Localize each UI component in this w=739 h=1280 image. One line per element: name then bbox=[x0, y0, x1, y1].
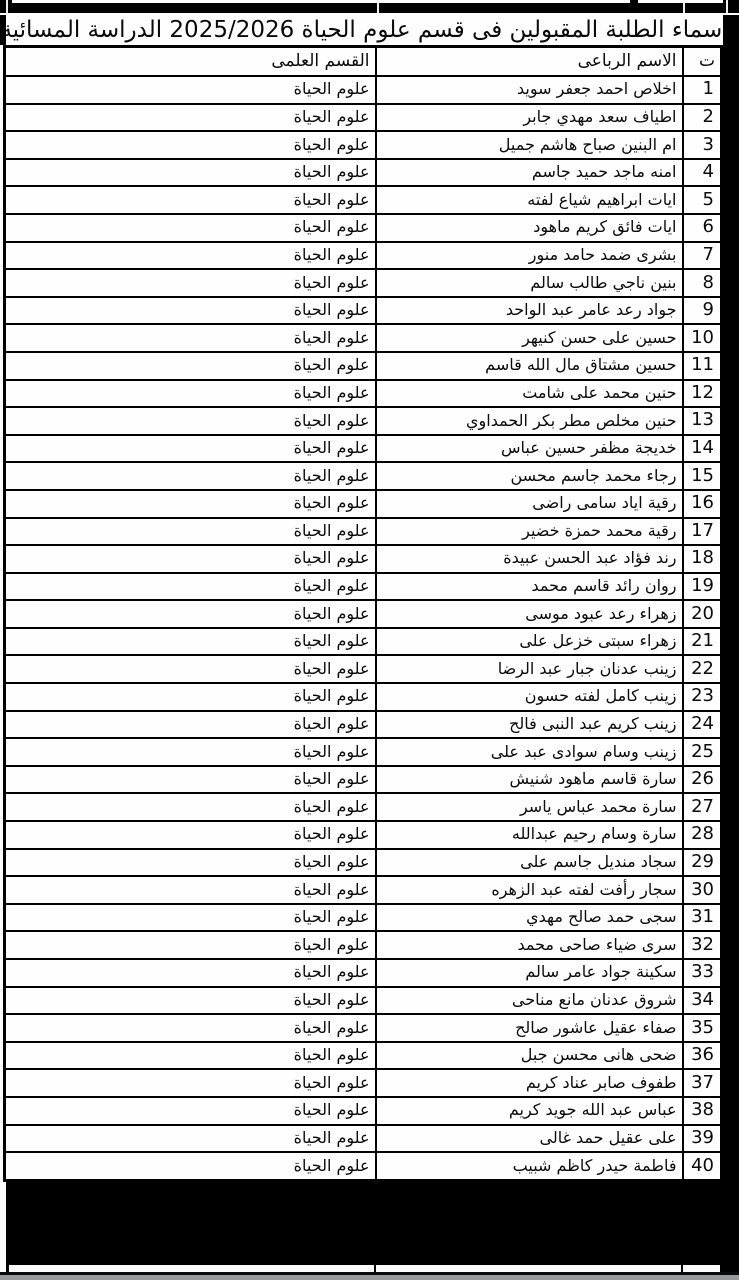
bottom-scrollbar-track[interactable] bbox=[0, 1275, 739, 1280]
row-number-cell: 5 bbox=[683, 186, 722, 214]
table-row: 7بشرى ضمد حامد منورعلوم الحياة bbox=[5, 242, 722, 270]
student-name-cell: زينب وسام سوادى عبد على bbox=[376, 738, 683, 766]
table-row: 22زينب عدنان جبار عبد الرضاعلوم الحياة bbox=[5, 655, 722, 683]
student-name-cell: سارة محمد عباس ياسر bbox=[376, 793, 683, 821]
row-number-cell: 28 bbox=[683, 821, 722, 849]
student-name-cell: ايات فائق كريم ماهود bbox=[376, 214, 683, 242]
column-border bbox=[374, 1265, 376, 1272]
clipped-next-row bbox=[6, 1265, 723, 1272]
student-name-cell: رقية محمد حمزة خضير bbox=[376, 518, 683, 546]
department-cell: علوم الحياة bbox=[5, 1042, 376, 1070]
department-cell: علوم الحياة bbox=[5, 1097, 376, 1125]
student-list-sheet: اسماء الطلبة المقبولين فى قسم علوم الحيا… bbox=[6, 15, 723, 1182]
row-number-cell: 6 bbox=[683, 214, 722, 242]
department-cell: علوم الحياة bbox=[5, 76, 376, 104]
table-row: 21زهراء سبتى خزعل علىعلوم الحياة bbox=[5, 628, 722, 656]
row-number-cell: 27 bbox=[683, 793, 722, 821]
student-name-cell: روان رائد قاسم محمد bbox=[376, 573, 683, 601]
department-cell: علوم الحياة bbox=[5, 959, 376, 987]
row-number-cell: 17 bbox=[683, 518, 722, 546]
department-cell: علوم الحياة bbox=[5, 876, 376, 904]
student-rows: 1اخلاص احمد جعفر سويدعلوم الحياة2اطياف س… bbox=[5, 76, 722, 1180]
department-cell: علوم الحياة bbox=[5, 518, 376, 546]
department-cell: علوم الحياة bbox=[5, 849, 376, 877]
department-cell: علوم الحياة bbox=[5, 655, 376, 683]
table-row: 13حنين مخلص مطر بكر الحمداويعلوم الحياة bbox=[5, 407, 722, 435]
row-number-cell: 2 bbox=[683, 104, 722, 132]
table-row: 15رجاء محمد جاسم محسنعلوم الحياة bbox=[5, 462, 722, 490]
department-cell: علوم الحياة bbox=[5, 573, 376, 601]
table-row: 4امنه ماجد حميد جاسمعلوم الحياة bbox=[5, 159, 722, 187]
department-cell: علوم الحياة bbox=[5, 104, 376, 132]
student-name-cell: صفاء عقيل عاشور صالح bbox=[376, 1014, 683, 1042]
department-cell: علوم الحياة bbox=[5, 1014, 376, 1042]
row-number-cell: 14 bbox=[683, 435, 722, 463]
student-name-cell: رجاء محمد جاسم محسن bbox=[376, 462, 683, 490]
gridline-mark bbox=[377, 0, 379, 13]
row-number-cell: 15 bbox=[683, 462, 722, 490]
row-number-cell: 23 bbox=[683, 683, 722, 711]
department-cell: علوم الحياة bbox=[5, 269, 376, 297]
row-above-sliver bbox=[12, 0, 723, 3]
department-cell: علوم الحياة bbox=[5, 683, 376, 711]
row-number-cell: 32 bbox=[683, 931, 722, 959]
row-number-cell: 38 bbox=[683, 1097, 722, 1125]
student-name-cell: حسين على حسن كنيهر bbox=[376, 324, 683, 352]
row-number-cell: 12 bbox=[683, 380, 722, 408]
gridline-mark bbox=[683, 0, 685, 13]
student-name-cell: حسين مشتاق مال الله قاسم bbox=[376, 352, 683, 380]
table-row: 29سجاد منديل جاسم علىعلوم الحياة bbox=[5, 849, 722, 877]
student-name-cell: طفوف صابر عناد كريم bbox=[376, 1069, 683, 1097]
department-cell: علوم الحياة bbox=[5, 352, 376, 380]
department-cell: علوم الحياة bbox=[5, 931, 376, 959]
student-name-cell: رقية اياد سامى راضى bbox=[376, 490, 683, 518]
row-number-cell: 16 bbox=[683, 490, 722, 518]
table-row: 38عباس عبد الله جويد كريمعلوم الحياة bbox=[5, 1097, 722, 1125]
student-name-cell: ايات ابراهيم شياع لفته bbox=[376, 186, 683, 214]
department-cell: علوم الحياة bbox=[5, 407, 376, 435]
row-number-cell: 25 bbox=[683, 738, 722, 766]
row-number-cell: 9 bbox=[683, 297, 722, 325]
students-table: ت الاسم الرباعى القسم العلمى 1اخلاص احمد… bbox=[3, 45, 723, 1182]
department-cell: علوم الحياة bbox=[5, 435, 376, 463]
table-row: 39على عقيل حمد غالىعلوم الحياة bbox=[5, 1125, 722, 1153]
row-number-cell: 11 bbox=[683, 352, 722, 380]
row-number-cell: 4 bbox=[683, 159, 722, 187]
student-name-cell: حنين مخلص مطر بكر الحمداوي bbox=[376, 407, 683, 435]
student-name-cell: زهراء سبتى خزعل على bbox=[376, 628, 683, 656]
student-name-cell: ام البنين صباح هاشم جميل bbox=[376, 131, 683, 159]
department-cell: علوم الحياة bbox=[5, 159, 376, 187]
table-row: 9جواد رعد عامر عبد الواحدعلوم الحياة bbox=[5, 297, 722, 325]
student-name-cell: زهراء رعد عبود موسى bbox=[376, 600, 683, 628]
student-name-cell: بشرى ضمد حامد منور bbox=[376, 242, 683, 270]
table-row: 5ايات ابراهيم شياع لفتهعلوم الحياة bbox=[5, 186, 722, 214]
table-row: 18رند فؤاد عبد الحسن عبيدةعلوم الحياة bbox=[5, 545, 722, 573]
student-name-cell: اطياف سعد مهدي جابر bbox=[376, 104, 683, 132]
document-title: اسماء الطلبة المقبولين فى قسم علوم الحيا… bbox=[6, 15, 723, 45]
row-number-cell: 20 bbox=[683, 600, 722, 628]
student-name-cell: امنه ماجد حميد جاسم bbox=[376, 159, 683, 187]
table-row: 28سارة وسام رحيم عبداللهعلوم الحياة bbox=[5, 821, 722, 849]
department-cell: علوم الحياة bbox=[5, 545, 376, 573]
table-row: 37طفوف صابر عناد كريمعلوم الحياة bbox=[5, 1069, 722, 1097]
student-name-cell: حنين محمد على شامت bbox=[376, 380, 683, 408]
student-name-cell: شروق عدنان مانع مناحى bbox=[376, 987, 683, 1015]
table-row: 32سرى ضياء صاحى محمدعلوم الحياة bbox=[5, 931, 722, 959]
table-row: 34شروق عدنان مانع مناحىعلوم الحياة bbox=[5, 987, 722, 1015]
header-row: ت الاسم الرباعى القسم العلمى bbox=[5, 47, 722, 77]
table-row: 36ضحى هانى محسن جبلعلوم الحياة bbox=[5, 1042, 722, 1070]
row-number-cell: 18 bbox=[683, 545, 722, 573]
row-number-cell: 40 bbox=[683, 1152, 722, 1180]
student-name-cell: سجار رأفت لفته عبد الزهره bbox=[376, 876, 683, 904]
table-row: 33سكينة جواد عامر سالمعلوم الحياة bbox=[5, 959, 722, 987]
table-row: 17رقية محمد حمزة خضيرعلوم الحياة bbox=[5, 518, 722, 546]
row-number-cell: 21 bbox=[683, 628, 722, 656]
column-header-index: ت bbox=[683, 47, 722, 77]
department-cell: علوم الحياة bbox=[5, 766, 376, 794]
department-cell: علوم الحياة bbox=[5, 214, 376, 242]
department-cell: علوم الحياة bbox=[5, 1069, 376, 1097]
table-row: 19روان رائد قاسم محمدعلوم الحياة bbox=[5, 573, 722, 601]
row-number-cell: 7 bbox=[683, 242, 722, 270]
student-name-cell: عباس عبد الله جويد كريم bbox=[376, 1097, 683, 1125]
table-row: 30سجار رأفت لفته عبد الزهرهعلوم الحياة bbox=[5, 876, 722, 904]
row-number-cell: 26 bbox=[683, 766, 722, 794]
gridline-mark bbox=[726, 0, 728, 13]
row-number-cell: 3 bbox=[683, 131, 722, 159]
row-number-cell: 22 bbox=[683, 655, 722, 683]
student-name-cell: فاطمة حيدر كاظم شبيب bbox=[376, 1152, 683, 1180]
student-name-cell: سجاد منديل جاسم على bbox=[376, 849, 683, 877]
table-row: 27سارة محمد عباس ياسرعلوم الحياة bbox=[5, 793, 722, 821]
gridline-mark bbox=[6, 0, 8, 13]
student-name-cell: جواد رعد عامر عبد الواحد bbox=[376, 297, 683, 325]
student-name-cell: ضحى هانى محسن جبل bbox=[376, 1042, 683, 1070]
department-cell: علوم الحياة bbox=[5, 904, 376, 932]
row-number-cell: 8 bbox=[683, 269, 722, 297]
table-row: 35صفاء عقيل عاشور صالحعلوم الحياة bbox=[5, 1014, 722, 1042]
department-cell: علوم الحياة bbox=[5, 600, 376, 628]
table-row: 23زينب كامل لفته حسونعلوم الحياة bbox=[5, 683, 722, 711]
column-border bbox=[681, 1265, 683, 1272]
row-number-cell: 30 bbox=[683, 876, 722, 904]
department-cell: علوم الحياة bbox=[5, 242, 376, 270]
row-number-cell: 24 bbox=[683, 711, 722, 739]
student-name-cell: سكينة جواد عامر سالم bbox=[376, 959, 683, 987]
student-name-cell: اخلاص احمد جعفر سويد bbox=[376, 76, 683, 104]
department-cell: علوم الحياة bbox=[5, 711, 376, 739]
column-header-name: الاسم الرباعى bbox=[376, 47, 683, 77]
row-number-cell: 29 bbox=[683, 849, 722, 877]
department-cell: علوم الحياة bbox=[5, 738, 376, 766]
column-header-department: القسم العلمى bbox=[5, 47, 376, 77]
department-cell: علوم الحياة bbox=[5, 462, 376, 490]
student-name-cell: بنين ناجي طالب سالم bbox=[376, 269, 683, 297]
student-name-cell: زينب كريم عبد النبى فالح bbox=[376, 711, 683, 739]
student-name-cell: رند فؤاد عبد الحسن عبيدة bbox=[376, 545, 683, 573]
department-cell: علوم الحياة bbox=[5, 1152, 376, 1180]
department-cell: علوم الحياة bbox=[5, 131, 376, 159]
department-cell: علوم الحياة bbox=[5, 1125, 376, 1153]
table-row: 25زينب وسام سوادى عبد علىعلوم الحياة bbox=[5, 738, 722, 766]
table-row: 2اطياف سعد مهدي جابرعلوم الحياة bbox=[5, 104, 722, 132]
student-name-cell: سرى ضياء صاحى محمد bbox=[376, 931, 683, 959]
department-cell: علوم الحياة bbox=[5, 297, 376, 325]
department-cell: علوم الحياة bbox=[5, 490, 376, 518]
table-row: 3ام البنين صباح هاشم جميلعلوم الحياة bbox=[5, 131, 722, 159]
department-cell: علوم الحياة bbox=[5, 186, 376, 214]
department-cell: علوم الحياة bbox=[5, 987, 376, 1015]
table-row: 11حسين مشتاق مال الله قاسمعلوم الحياة bbox=[5, 352, 722, 380]
table-row: 31سجى حمد صالح مهديعلوم الحياة bbox=[5, 904, 722, 932]
department-cell: علوم الحياة bbox=[5, 628, 376, 656]
table-row: 20زهراء رعد عبود موسىعلوم الحياة bbox=[5, 600, 722, 628]
table-row: 16رقية اياد سامى راضىعلوم الحياة bbox=[5, 490, 722, 518]
department-cell: علوم الحياة bbox=[5, 380, 376, 408]
student-name-cell: زينب كامل لفته حسون bbox=[376, 683, 683, 711]
department-cell: علوم الحياة bbox=[5, 793, 376, 821]
student-name-cell: سجى حمد صالح مهدي bbox=[376, 904, 683, 932]
row-number-cell: 35 bbox=[683, 1014, 722, 1042]
table-row: 8بنين ناجي طالب سالمعلوم الحياة bbox=[5, 269, 722, 297]
table-row: 24زينب كريم عبد النبى فالحعلوم الحياة bbox=[5, 711, 722, 739]
student-name-cell: سارة وسام رحيم عبدالله bbox=[376, 821, 683, 849]
student-name-cell: زينب عدنان جبار عبد الرضا bbox=[376, 655, 683, 683]
gridline-gap bbox=[630, 0, 638, 3]
table-row: 12حنين محمد على شامتعلوم الحياة bbox=[5, 380, 722, 408]
student-name-cell: سارة قاسم ماهود شنيش bbox=[376, 766, 683, 794]
row-number-cell: 1 bbox=[683, 76, 722, 104]
table-row: 14خديجة مظفر حسين عباسعلوم الحياة bbox=[5, 435, 722, 463]
row-number-cell: 37 bbox=[683, 1069, 722, 1097]
row-number-cell: 36 bbox=[683, 1042, 722, 1070]
row-number-cell: 39 bbox=[683, 1125, 722, 1153]
row-number-cell: 34 bbox=[683, 987, 722, 1015]
table-row: 6ايات فائق كريم ماهودعلوم الحياة bbox=[5, 214, 722, 242]
row-number-cell: 33 bbox=[683, 959, 722, 987]
student-name-cell: على عقيل حمد غالى bbox=[376, 1125, 683, 1153]
row-number-cell: 10 bbox=[683, 324, 722, 352]
table-row: 10حسين على حسن كنيهرعلوم الحياة bbox=[5, 324, 722, 352]
row-number-cell: 31 bbox=[683, 904, 722, 932]
table-row: 26سارة قاسم ماهود شنيشعلوم الحياة bbox=[5, 766, 722, 794]
student-name-cell: خديجة مظفر حسين عباس bbox=[376, 435, 683, 463]
department-cell: علوم الحياة bbox=[5, 821, 376, 849]
row-number-cell: 19 bbox=[683, 573, 722, 601]
department-cell: علوم الحياة bbox=[5, 324, 376, 352]
table-row: 40فاطمة حيدر كاظم شبيبعلوم الحياة bbox=[5, 1152, 722, 1180]
row-number-cell: 13 bbox=[683, 407, 722, 435]
table-row: 1اخلاص احمد جعفر سويدعلوم الحياة bbox=[5, 76, 722, 104]
